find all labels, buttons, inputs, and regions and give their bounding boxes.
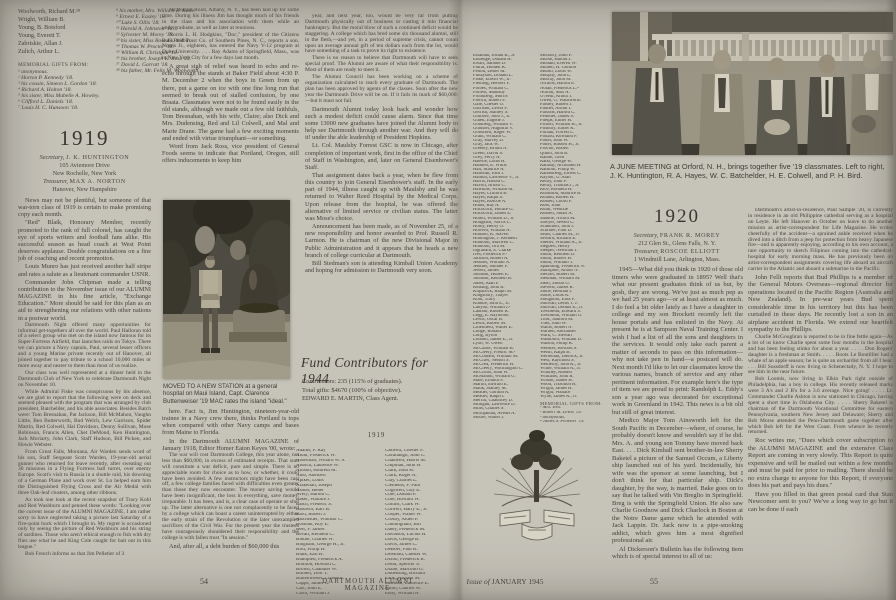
- memorial-notes-col1: ¹ anonymous.² Horton P. Kennedy '18.³ hi…: [18, 69, 112, 111]
- news-paragraph: here. Fact is, Jim Huntington, nineteen-…: [162, 408, 299, 437]
- news-paragraph-small: Bob French informs us that Jim Pelletier…: [18, 552, 151, 558]
- treasurer-address: Hanover, New Hampshire: [12, 186, 157, 194]
- news-paragraph: And, after all, a debt burden of $60,000…: [162, 543, 299, 550]
- news-paragraph: John Felli reports that Bud Phillips is …: [748, 274, 893, 334]
- col2-bottom-quote: The war will cost Dartmouth College, thi…: [162, 453, 299, 542]
- fund-contributor-name: Moore, Walter J.: [473, 416, 537, 420]
- fund-contributors-stats: Contributors: 235 (115% of graduates). T…: [302, 378, 458, 404]
- treasurer-line: Treasurer, MAX A. NORTON: [12, 178, 157, 186]
- issue-date: JANUARY 1945: [492, 577, 544, 586]
- secretary-address: 212 Glen St., Glens Falls, N. Y.: [606, 240, 748, 248]
- secretary-name: FRANK R. MOREY: [660, 232, 721, 239]
- news-paragraph-small: Dartmouth Night offered many opportuniti…: [18, 323, 151, 370]
- col2-top-small: McDonald Road, Albany, N. Y., has been l…: [162, 8, 299, 62]
- right-page: Eisaman, Josiah R., Jr.Eldredge, Donald …: [460, 0, 896, 600]
- secretary-line: Secretary, FRANK R. MOREY: [606, 232, 748, 240]
- secretary-address2: New Rochelle, New York: [12, 170, 157, 178]
- news-paragraph: Louis Munro has just received another ha…: [18, 263, 151, 277]
- news-paragraph-small: Our class was well represented at a dinn…: [18, 371, 151, 389]
- page-number-right: 55: [650, 577, 658, 586]
- fund-1919-subheading: 1919: [295, 432, 458, 439]
- col1-small: Dartmouth Night offered many opportuniti…: [18, 323, 151, 558]
- photo-maui-station-image: [163, 200, 290, 379]
- treasurer-label: Treasurer,: [634, 248, 659, 255]
- fund-names-col-a: Adams, F. RayAldin, Frederick W.Alderman…: [296, 449, 380, 598]
- lone-pine-emblem: [492, 428, 582, 568]
- col-1920-right-regular1: John Felli reports that Bud Phillips is …: [748, 274, 893, 334]
- magazine-spread: Woolworth, Richard M.¹⁸Wright, William B…: [0, 0, 896, 600]
- treasurer-name: MAX A. NORTON: [70, 178, 126, 185]
- fund-contributor-name: Wylie, James R., Jr.: [540, 395, 604, 399]
- treasurer-label: Treasurer,: [43, 178, 68, 185]
- col-1920-right-regular2: Roc writes me, "Dues which cover subscri…: [748, 437, 893, 513]
- contributor-name: Wright, William B.: [18, 16, 112, 24]
- lone-pine-emblem-image: [492, 428, 582, 568]
- col2-bottom-last: And, after all, a debt burden of $60,000…: [162, 543, 299, 550]
- col-1920-left: 1945—What did you think in 1920 of those…: [612, 266, 743, 564]
- left-page: Woolworth, Richard M.¹⁸Wright, William B…: [0, 0, 460, 600]
- news-paragraph: 1945—What did you think in 1920 of those…: [612, 266, 743, 416]
- news-paragraph: Have you filled in that green postal car…: [748, 491, 893, 514]
- contributor-names: Woolworth, Richard M.¹⁸Wright, William B…: [18, 8, 112, 57]
- news-paragraph-small: Norris L. H. Hodgkins, "Doc," president …: [162, 33, 299, 63]
- class-1920-heading: 1920: [612, 206, 742, 228]
- photo-maui-station: [163, 200, 290, 379]
- contributor-name: Woolworth, Richard M.¹⁸: [18, 8, 112, 16]
- news-paragraph: Word from Jack Ross, vice president of G…: [162, 143, 299, 164]
- news-paragraph-small: Ax took one look at the recent snapshot …: [18, 498, 151, 551]
- memorial-note: ⁷ Louis H. C. Hunsoon '18.: [18, 105, 112, 111]
- col3-text: year, and next year, too, would be very …: [305, 14, 458, 350]
- col2-top-text: McDonald Road, Albany, N. Y., has been l…: [162, 8, 299, 198]
- news-paragraph: Al Dickerson's Bulletin has the followin…: [612, 546, 743, 561]
- news-paragraph: That assignment dates back a year, when …: [305, 172, 458, 222]
- news-paragraph: A great sigh of relief was heard to echo…: [162, 63, 299, 142]
- col1-regular: News may not be plentiful, but someone o…: [18, 197, 151, 322]
- contributor-name: Young, B. Botsford: [18, 24, 112, 32]
- news-paragraph-small: Bob Loomis, now living in Elkin Park rig…: [748, 377, 893, 436]
- fund-names-col-c: Eisaman, Josiah R., Jr.Eldredge, Donald …: [473, 54, 537, 426]
- col1-1919-news: News may not be plentiful, but someone o…: [18, 197, 151, 585]
- photo-june-meeting-image: [612, 12, 893, 155]
- magazine-title-footer: DARTMOUTH ALUMNI MAGAZINE: [300, 578, 435, 592]
- photo-june-caption: A JUNE MEETING at Orford, N. H., brings …: [610, 162, 888, 180]
- news-paragraph-small: While Admiral Fiske was conspicuous by h…: [18, 390, 151, 449]
- contributor-name: Zabriskie, Allan J.: [18, 40, 112, 48]
- news-paragraph: Roc writes me, "Dues which cover subscri…: [748, 437, 893, 490]
- news-paragraph-small: From Great Falls, Montana, Air Warden se…: [18, 450, 151, 497]
- page-number-left: 54: [200, 577, 208, 586]
- contributor-name: Young, Everett T.: [18, 32, 112, 40]
- treasurer-address: 1 Windmill Lane, Arlington, Mass.: [606, 256, 748, 264]
- col-1920-left-paragraphs: 1945—What did you think in 1920 of those…: [612, 266, 743, 561]
- col2-top-regular: A great sigh of relief was heard to echo…: [162, 63, 299, 164]
- news-paragraph: Dartmouth Alumni today look back and won…: [305, 106, 458, 142]
- fund-names-col-d: Moriarty, John F.Morse, Harold J.Monato,…: [540, 54, 604, 399]
- memorial-gifts-heading: MEMORIAL GIFTS FROM:: [18, 62, 112, 68]
- col-1920-right-small1: Dartmouth's artist-in-residence, Paul Sa…: [748, 208, 893, 273]
- news-paragraph: In the Dartmouth ALUMNI MAGAZINE of Janu…: [162, 438, 299, 452]
- news-paragraph: "Red" Blaik, Honorary Member, recently p…: [18, 219, 151, 262]
- fund-names-col-d-wrap: Moriarty, John F.Morse, Harold J.Monato,…: [540, 54, 604, 426]
- quote-paragraph: The Alumni Council has been working on a…: [305, 75, 458, 105]
- class-1919-heading: 1919: [18, 126, 151, 151]
- news-paragraph-small: Charlie McGoughran is reported to be in …: [748, 335, 893, 376]
- secretary-address1: 105 Aviemore Drive: [12, 162, 157, 170]
- news-paragraph: Lt. Col. Maulsby Forrest GSC is now in C…: [305, 142, 458, 171]
- col2-bottom-text: here. Fact is, Jim Huntington, nineteen-…: [162, 408, 299, 586]
- memorial-note: ⁴ James S. Pelletier '19.: [540, 420, 604, 425]
- news-paragraph: Commander John Chipman made a telling co…: [18, 279, 151, 322]
- col-1920-right-small2: Charlie McGoughran is reported to be in …: [748, 335, 893, 436]
- treasurer-line: Treasurer, ROSCOE ELLIOTT: [606, 248, 748, 256]
- col-1920-right: Dartmouth's artist-in-residence, Paul Sa…: [748, 208, 893, 564]
- news-paragraph-small: McDonald Road, Albany, N. Y., has been l…: [162, 8, 299, 32]
- secretary-name: J. K. HUNTINGTON: [66, 154, 129, 161]
- page-edge-shadow: [886, 0, 896, 600]
- memorial-notes-1919: ¹ Mrs. Ives.² Robert M. Lewis '19.³ anon…: [540, 406, 604, 424]
- memorial-note: ⁵ his sister, Miss Mabelle A. Howley.: [18, 93, 112, 99]
- photo-june-meeting: [612, 12, 893, 155]
- fund-stat-total: Total gifts: $4670 (100% of objective).: [302, 387, 458, 396]
- quote-paragraph: year, and next year, too, would be very …: [305, 14, 458, 55]
- secretary-label: Secretary,: [634, 232, 659, 239]
- fund-stat-contributors: Contributors: 235 (115% of graduates).: [302, 378, 458, 387]
- news-paragraph: News may not be plentiful, but someone o…: [18, 197, 151, 218]
- col3-small: year, and next year, too, would be very …: [305, 14, 458, 105]
- contributor-name: Zulich, Arthur L.: [18, 48, 112, 56]
- secretary-label: Secretary,: [40, 154, 65, 161]
- fund-class-agent: EDWARD E. MARTIN, Class Agent.: [302, 395, 458, 404]
- fund-contributor-name: Carto, William J.: [296, 592, 380, 597]
- news-paragraph: Announcement has been made, as of Novemb…: [305, 223, 458, 259]
- treasurer-name: ROSCOE ELLIOTT: [660, 248, 720, 255]
- class-1919-officers: Secretary, J. K. HUNTINGTON 105 Aviemore…: [12, 154, 157, 194]
- quote-paragraph: There is no reason to believe that Dartm…: [305, 56, 458, 74]
- page-gutter-shadow: [448, 0, 474, 600]
- photo-maui-caption: MOVED TO A NEW STATION at a general hosp…: [163, 383, 293, 405]
- news-paragraph: Bill Stedman's son is attending Kimball …: [305, 260, 458, 274]
- contributor-list-tail-col1: Woolworth, Richard M.¹⁸Wright, William B…: [18, 8, 112, 111]
- news-paragraph: Medico Major Tom Ainsworth left for the …: [612, 417, 743, 545]
- col3-regular: Dartmouth Alumni today look back and won…: [305, 106, 458, 275]
- col2-bottom-regular: here. Fact is, Jim Huntington, nineteen-…: [162, 408, 299, 452]
- quote-paragraph: The war will cost Dartmouth College, thi…: [162, 453, 299, 542]
- class-1920-officers: Secretary, FRANK R. MOREY 212 Glen St., …: [606, 232, 748, 264]
- secretary-line: Secretary, J. K. HUNTINGTON: [12, 154, 157, 162]
- news-paragraph-small: Dartmouth's artist-in-residence, Paul Sa…: [748, 208, 893, 273]
